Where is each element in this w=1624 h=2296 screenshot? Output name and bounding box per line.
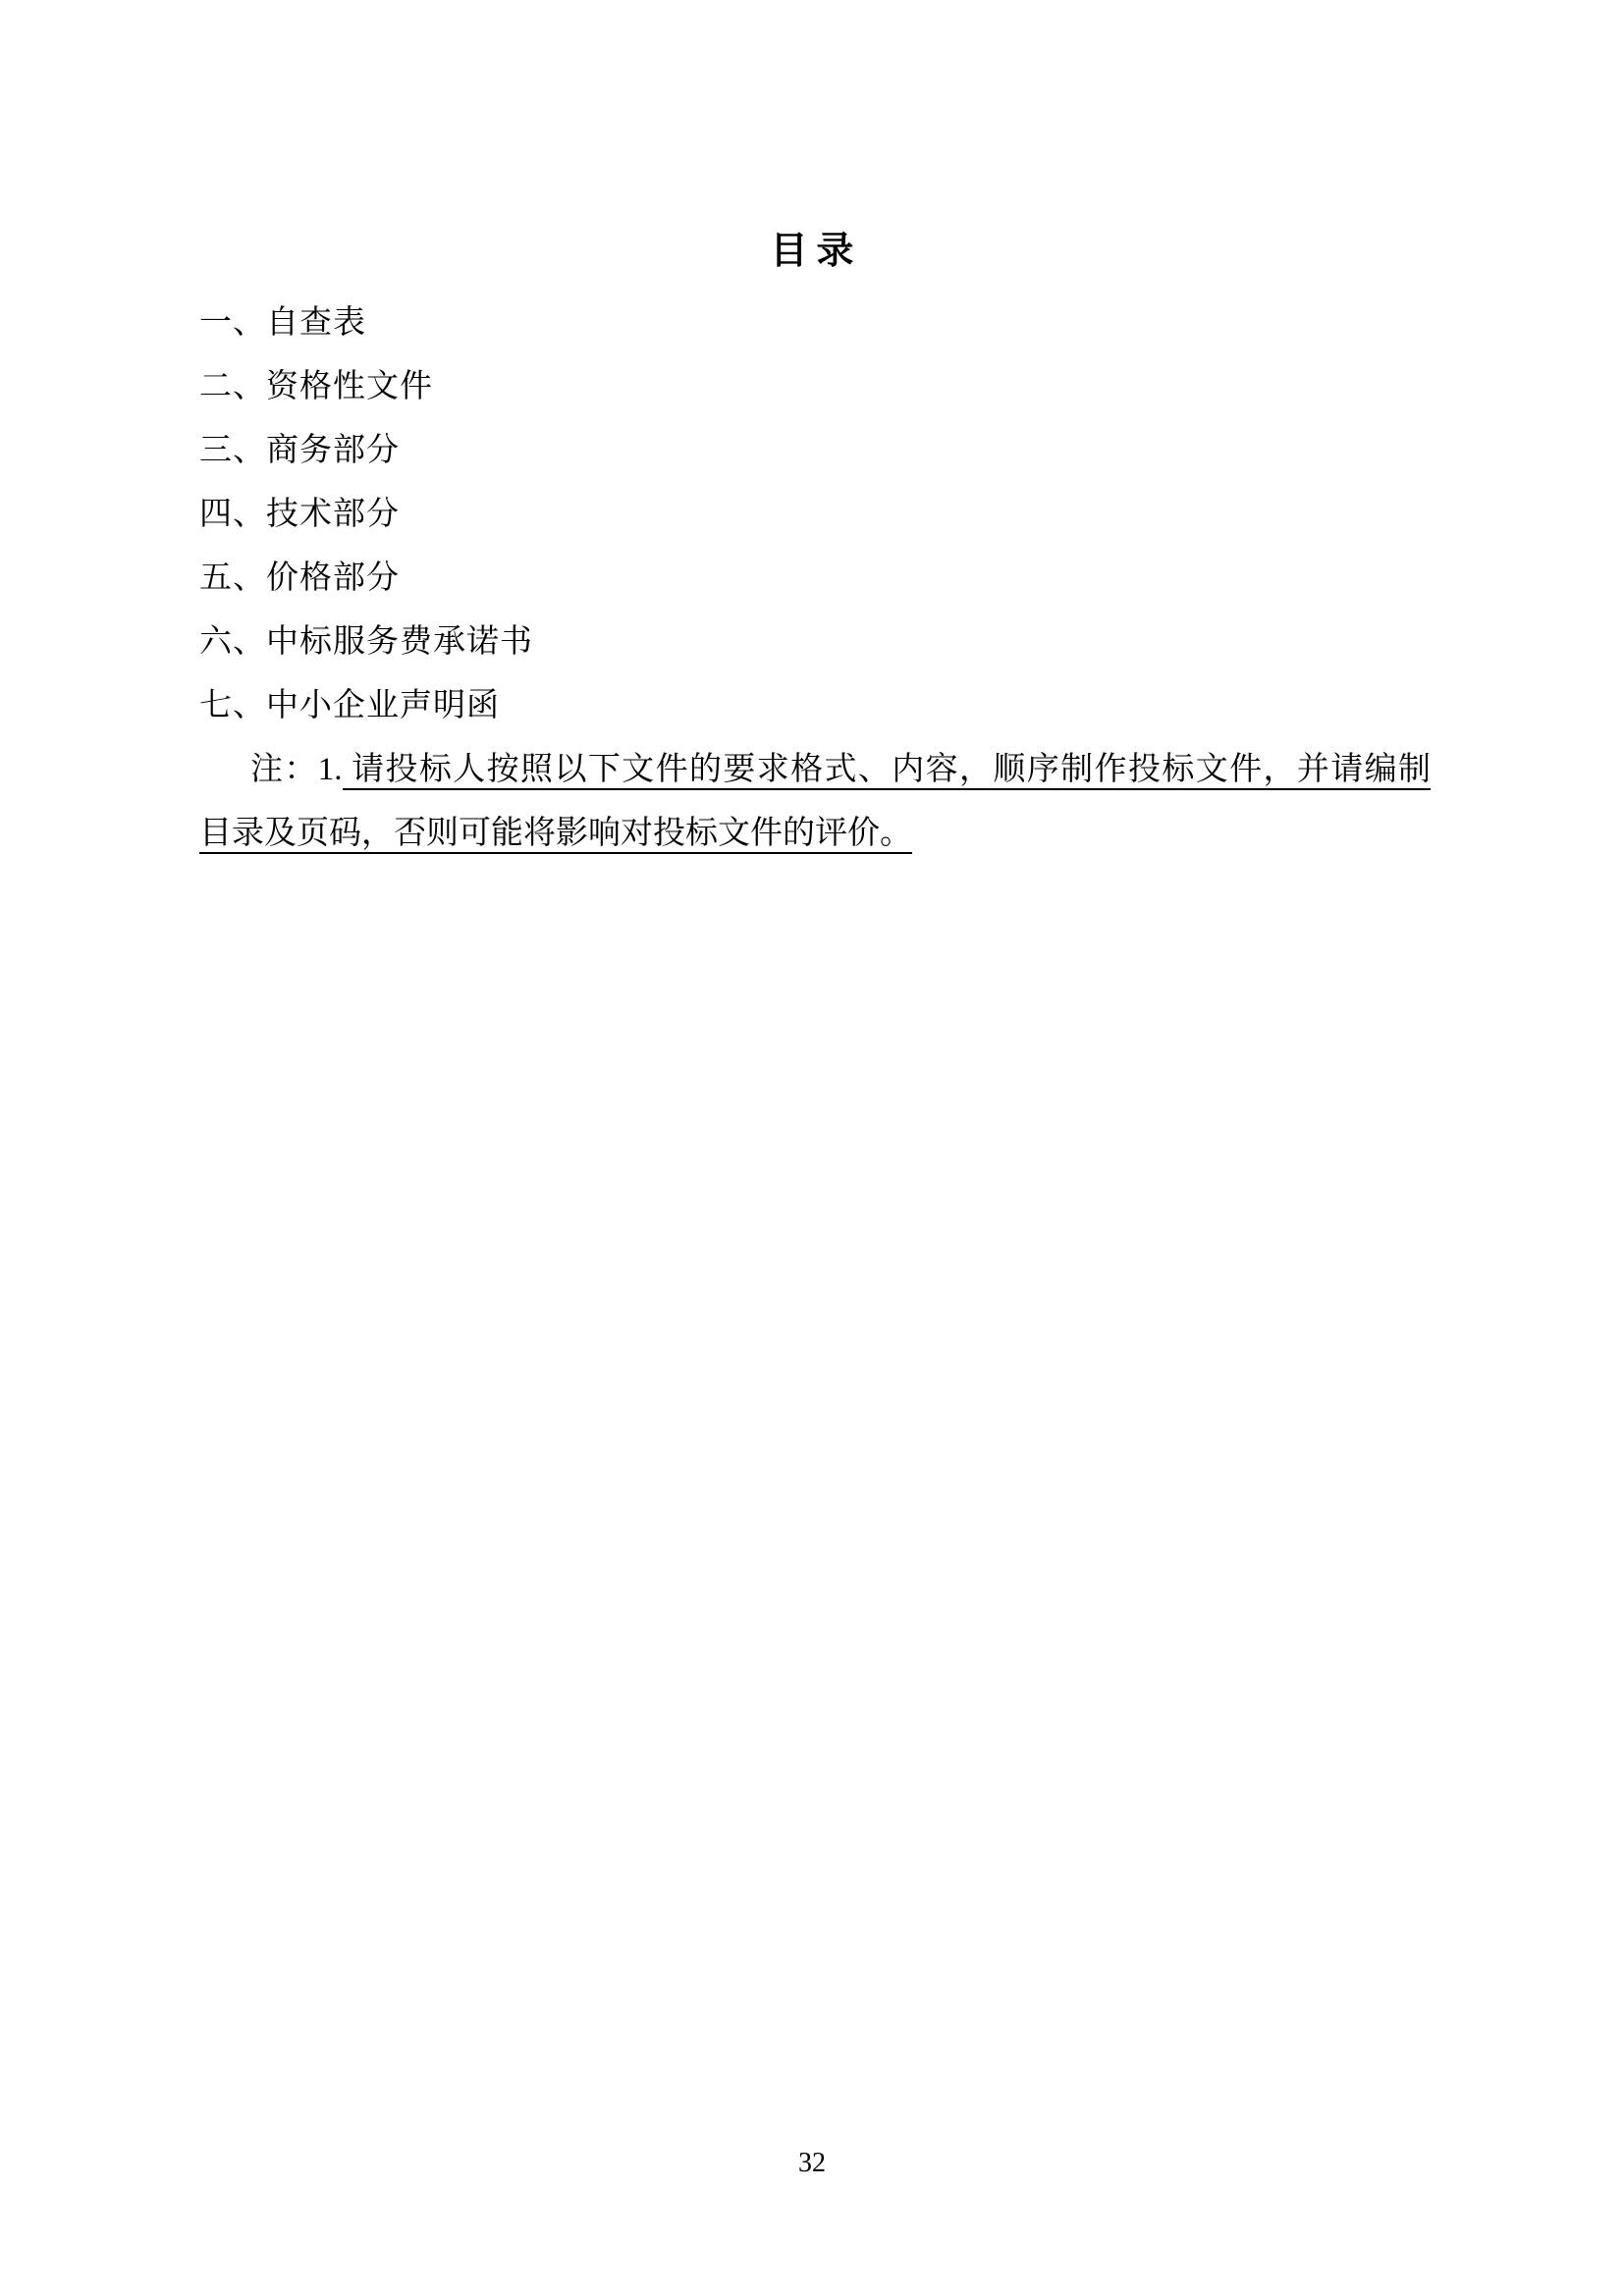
- note-line1-underlined-text: 请投标人按照以下文件的要求格式、内容，顺序制作投标文件，并请编制: [343, 752, 1432, 790]
- toc-item-6: 六、中标服务费承诺书: [199, 611, 1431, 674]
- page-title: 目录: [0, 230, 1624, 273]
- page-number: 32: [0, 2148, 1624, 2179]
- toc-item-5: 五、价格部分: [199, 547, 1431, 611]
- toc-item-3: 三、商务部分: [199, 419, 1431, 483]
- toc-item-2: 二、资格性文件: [199, 355, 1431, 419]
- note-prefix: 注：1.: [250, 752, 343, 787]
- toc-item-1: 一、自查表: [199, 292, 1431, 355]
- note-line2-underlined-text: 目录及页码，否则可能将影响对投标文件的评价。: [199, 816, 912, 854]
- toc-item-4: 四、技术部分: [199, 483, 1431, 547]
- toc-content: 一、自查表 二、资格性文件 三、商务部分 四、技术部分 五、价格部分 六、中标服…: [199, 292, 1431, 866]
- toc-item-7: 七、中小企业声明函: [199, 674, 1431, 738]
- note-line-2: 目录及页码，否则可能将影响对投标文件的评价。: [199, 802, 1431, 866]
- note-line-1: 注：1. 请投标人按照以下文件的要求格式、内容，顺序制作投标文件，并请编制: [199, 738, 1431, 802]
- note-paragraph: 注：1. 请投标人按照以下文件的要求格式、内容，顺序制作投标文件，并请编制 目录…: [199, 738, 1431, 866]
- document-page: 目录 一、自查表 二、资格性文件 三、商务部分 四、技术部分 五、价格部分 六、…: [0, 0, 1624, 2296]
